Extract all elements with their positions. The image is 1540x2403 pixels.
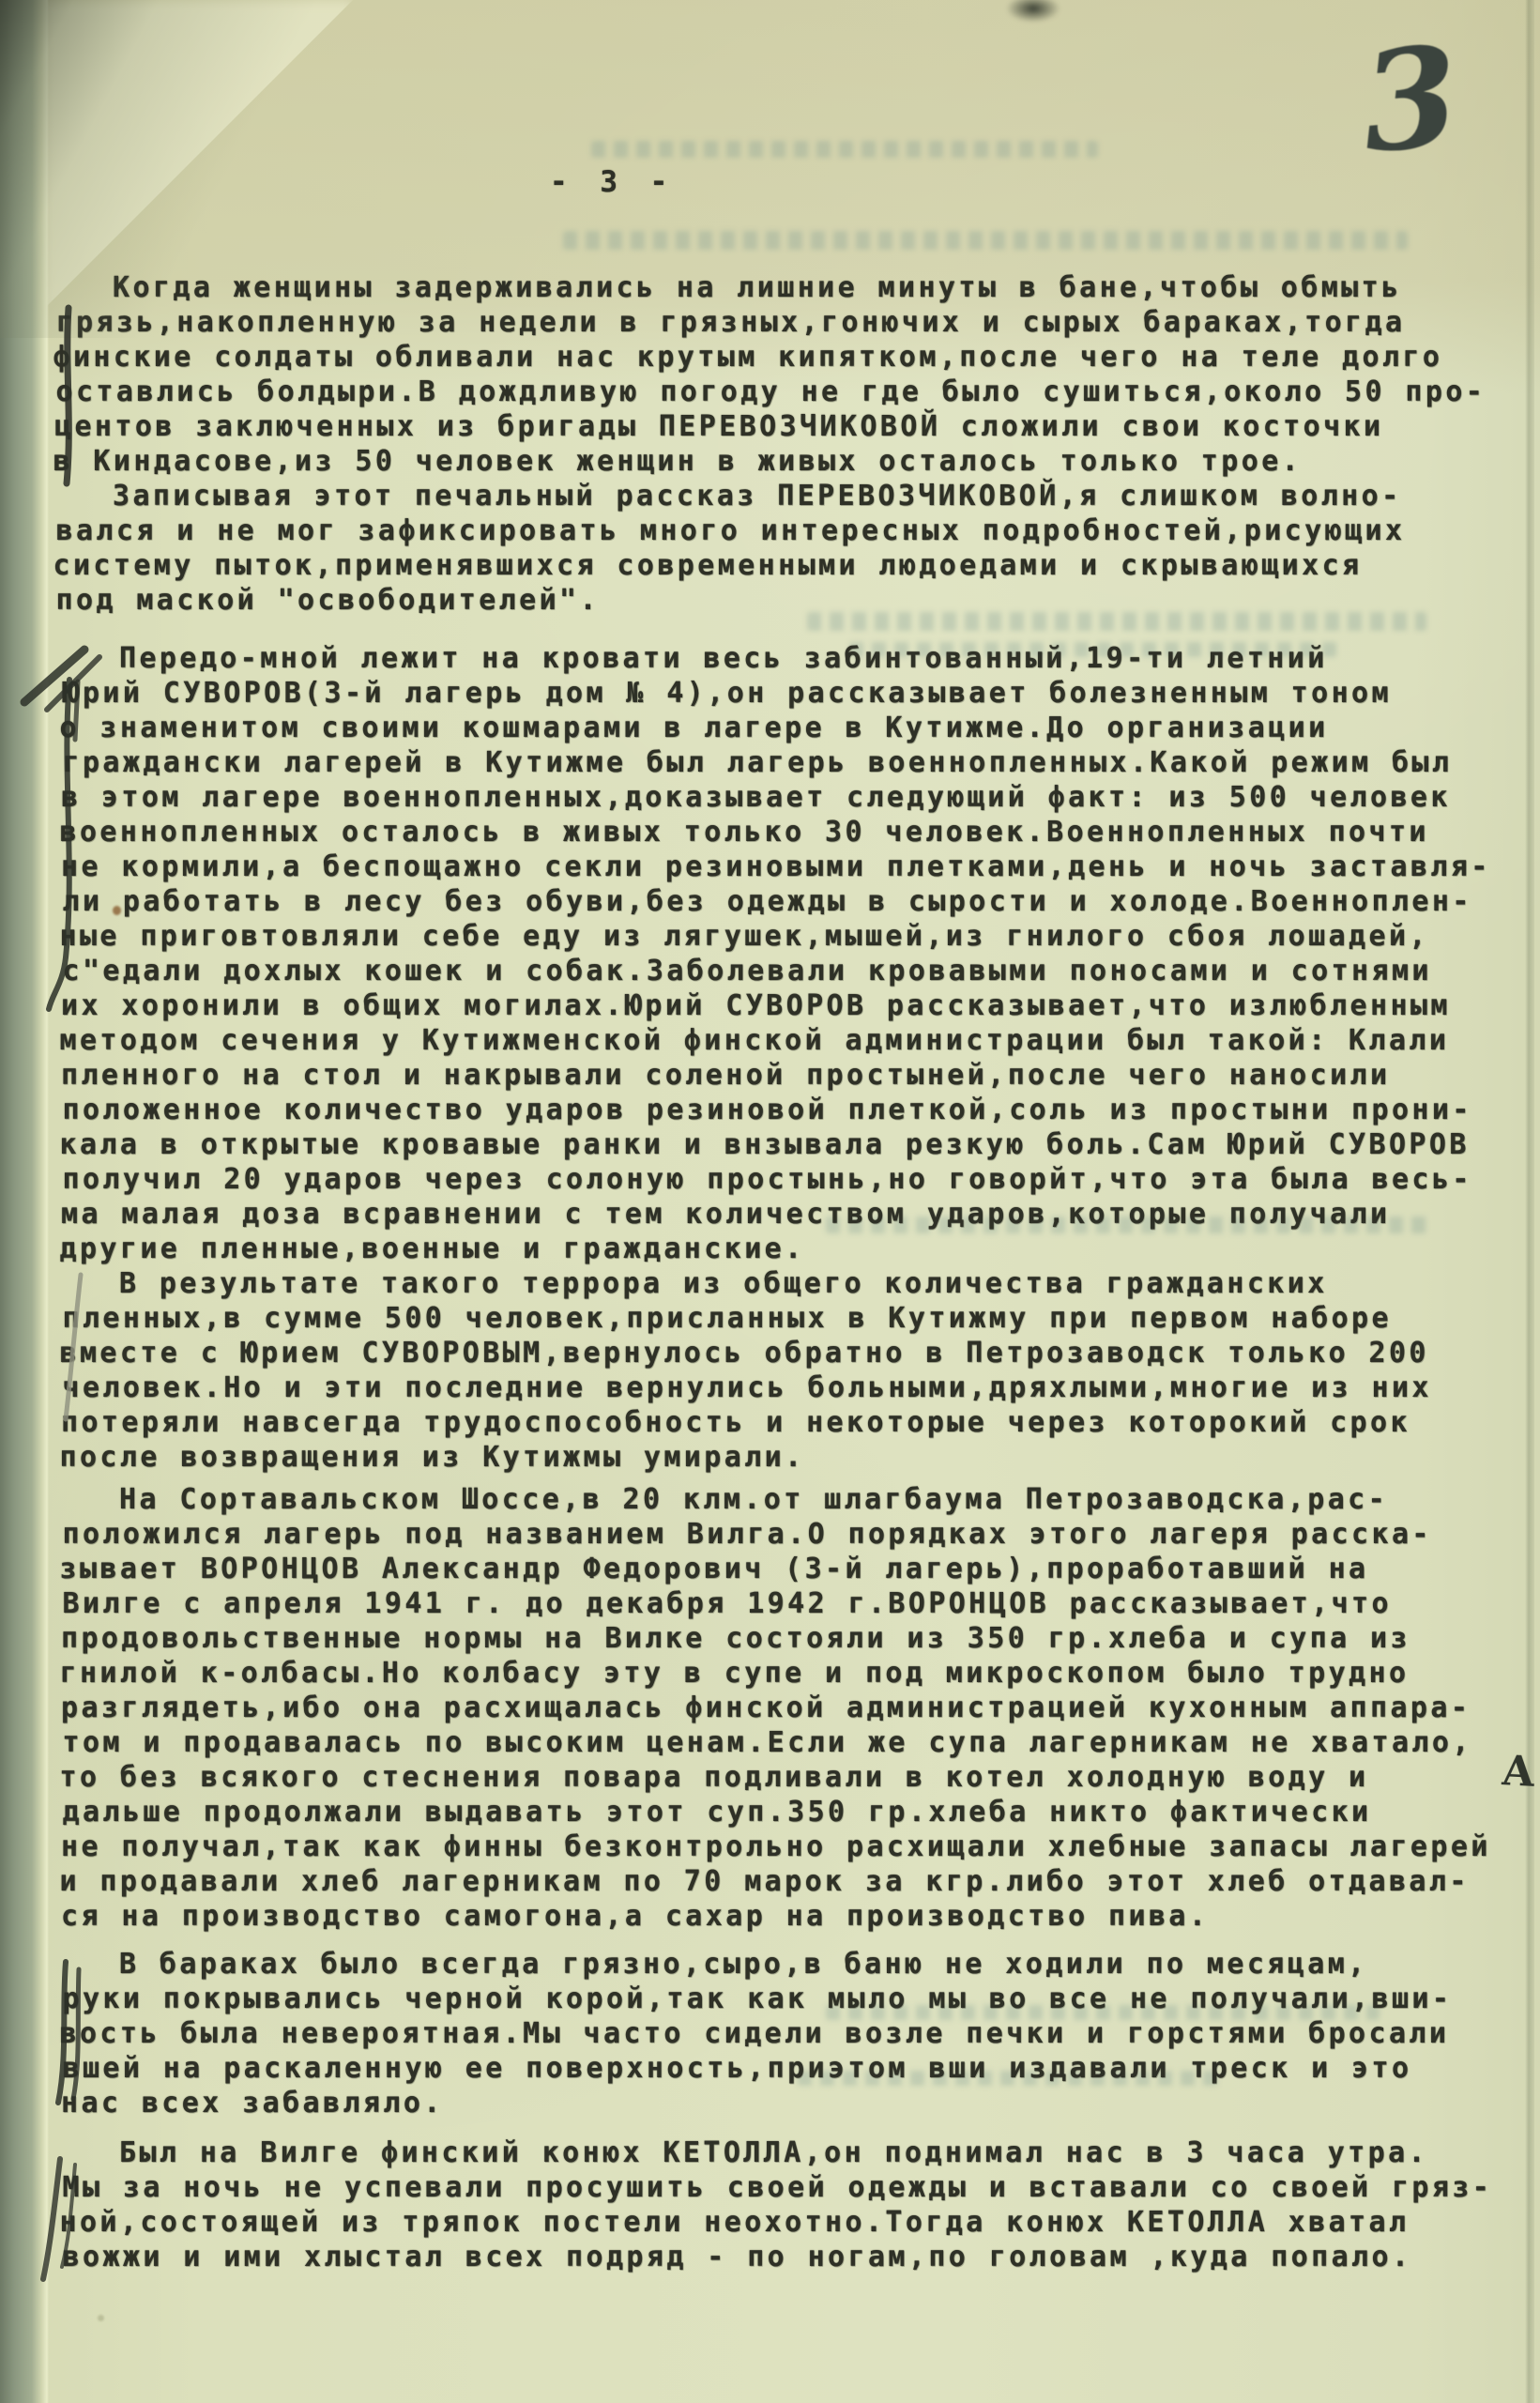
typed-line: кала в открытые кровавые ранки и внзывал… xyxy=(60,1127,1527,1162)
typed-line: ма малая доза всравнении с тем количеств… xyxy=(61,1197,1528,1232)
typed-line: центов заключенных из бригады ПЕРЕВОЗЧИК… xyxy=(54,409,1528,444)
paper-fold xyxy=(43,0,353,310)
typed-page-number: - 3 - xyxy=(550,165,675,199)
typed-line: оставлись болдыри.В дождливую погоду не … xyxy=(56,375,1530,409)
typed-line: положенное количество ударов резиновой п… xyxy=(63,1093,1530,1127)
typed-line: другие пленные,военные и гражданские. xyxy=(60,1232,1527,1266)
typed-line: человек.Но и эти последние вернулись бол… xyxy=(63,1370,1530,1405)
typed-line: в этом лагере военнопленных,доказывает с… xyxy=(61,780,1528,815)
typed-line: Юрий СУВОРОВ(3-й лагерь дом № 4),он расс… xyxy=(63,676,1530,711)
top-edge-smudge xyxy=(1006,0,1060,23)
typed-line: получил 20 ударов через солоную простынь… xyxy=(63,1162,1530,1197)
typed-text: Когда женщины задерживались на лишние ми… xyxy=(54,270,1528,2274)
typed-line: не кормили,а беспощажно секли резиновыми… xyxy=(61,849,1528,884)
typed-line: На Сортавальском Шоссе,в 20 клм.от шлагб… xyxy=(61,1482,1528,1517)
page-right-edge xyxy=(1525,0,1534,2403)
paragraph: Записывая этот печальный рассказ ПЕРЕВОЗ… xyxy=(54,479,1528,618)
typed-line: Записывая этот печальный рассказ ПЕРЕВОЗ… xyxy=(54,479,1528,513)
typed-line: вался и не мог зафиксировать много интер… xyxy=(56,513,1530,548)
typed-line: пленного на стол и накрывали соленой про… xyxy=(61,1058,1528,1093)
typed-line: вость была невероятная.Мы часто сидели в… xyxy=(60,2016,1527,2051)
typed-line: методом сечения у Кутижменской финской а… xyxy=(60,1023,1527,1058)
typed-line: положился лагерь под названием Вилга.О п… xyxy=(63,1517,1530,1552)
typed-line: В бараках было всегда грязно,сыро,в баню… xyxy=(61,1947,1528,1982)
typed-line: Передо-мной лежит на кровати весь забинт… xyxy=(61,641,1528,676)
typed-line: продовольственные нормы на Вилке состоял… xyxy=(61,1621,1528,1656)
typed-line: разглядеть,ибо она расхищалась финской а… xyxy=(61,1691,1528,1725)
typed-line: Мы за ночь не успевали просушить своей о… xyxy=(63,2170,1530,2205)
typed-line: о знаменитом своими кошмарами в лагере в… xyxy=(60,711,1527,745)
typed-line: с"едали дохлых кошек и собак.Заболевали … xyxy=(63,954,1530,988)
typed-line: зывает ВОРОНЦОВ Александр Федорович (3-й… xyxy=(60,1552,1527,1586)
typed-line: граждански лагерей в Кутижме был лагерь … xyxy=(63,745,1530,780)
paragraph: Был на Вилге финский конюх КЕТОЛЛА,он по… xyxy=(61,2135,1528,2274)
typed-line: грязь,накопленную за недели в грязных,го… xyxy=(56,305,1530,340)
typed-line: после возвращения из Кутижмы умирали. xyxy=(60,1440,1527,1475)
left-scan-edge xyxy=(0,0,49,2403)
paragraph: В результате такого террора из общего ко… xyxy=(61,1266,1528,1475)
typed-line: военнопленных осталось в живых только 30… xyxy=(60,815,1527,849)
typed-line: под маской "освободителей". xyxy=(56,583,1530,618)
document-page: 3 - 3 - Когда женщины задерживались на л… xyxy=(0,0,1540,2403)
handwritten-page-number: 3 xyxy=(1357,28,1464,173)
typed-line: ся на производство самогона,а сахар на п… xyxy=(61,1899,1528,1934)
typed-line: Был на Вилге финский конюх КЕТОЛЛА,он по… xyxy=(61,2135,1528,2170)
typed-line: в Киндасове,из 50 человек женщин в живых… xyxy=(53,444,1527,479)
bleedthrough-ghost xyxy=(563,231,1408,250)
paper-speck xyxy=(98,2315,104,2321)
bleedthrough-ghost xyxy=(591,141,1098,158)
typed-line: руки покрывались черной корой,так как мы… xyxy=(63,1982,1530,2016)
paper-speck xyxy=(113,906,121,915)
paragraph: Когда женщины задерживались на лишние ми… xyxy=(54,270,1528,479)
typed-line: ли работать в лесу без обуви,без одежды … xyxy=(63,884,1530,919)
typed-line: дальше продолжали выдавать этот суп.350 … xyxy=(63,1795,1530,1829)
typed-line: Вилге с апреля 1941 г. до декабря 1942 г… xyxy=(63,1586,1530,1621)
typed-line: не получал,так как финны безконтрольно р… xyxy=(61,1829,1528,1864)
paragraph: На Сортавальском Шоссе,в 20 клм.от шлагб… xyxy=(61,1482,1528,1934)
typed-line: В результате такого террора из общего ко… xyxy=(61,1266,1528,1301)
typed-line: Когда женщины задерживались на лишние ми… xyxy=(54,270,1528,305)
typed-line: вшей на раскаленную ее поверхность,приэт… xyxy=(63,2051,1530,2086)
typed-line: систему пыток,применявшихся современными… xyxy=(53,548,1527,583)
typed-line: пленных,в сумме 500 человек,присланных в… xyxy=(63,1301,1530,1336)
typed-line: вожжи и ими хлыстал всех подряд - по ног… xyxy=(63,2240,1530,2274)
typed-line: финские солдаты обливали нас крутым кипя… xyxy=(53,340,1527,375)
typed-line: и продавали хлеб лагерникам по 70 марок … xyxy=(60,1864,1527,1899)
typed-line: их хоронили в общих могилах.Юрий СУВОРОВ… xyxy=(61,988,1528,1023)
typed-line: вместе с Юрием СУВОРОВЫМ,вернулось обрат… xyxy=(60,1336,1527,1370)
typed-line: потеряли навсегда трудоспособность и нек… xyxy=(61,1405,1528,1440)
paragraph: В бараках было всегда грязно,сыро,в баню… xyxy=(61,1947,1528,2120)
typed-line: том и продавалась по высоким ценам.Если … xyxy=(63,1725,1530,1760)
margin-annotation-letter: А xyxy=(1501,1747,1536,1797)
typed-line: гнилой к-олбасы.Но колбасу эту в супе и … xyxy=(60,1656,1527,1691)
typed-line: то без всякого стеснения повара подливал… xyxy=(60,1760,1527,1795)
typed-line: ные приговтовляли себе еду из лягушек,мы… xyxy=(60,919,1527,954)
typed-line: нас всех забавляло. xyxy=(61,2086,1528,2120)
paragraph: Передо-мной лежит на кровати весь забинт… xyxy=(61,641,1528,1266)
typed-line: ной,состоящей из тряпок постели неохотно… xyxy=(60,2205,1527,2240)
